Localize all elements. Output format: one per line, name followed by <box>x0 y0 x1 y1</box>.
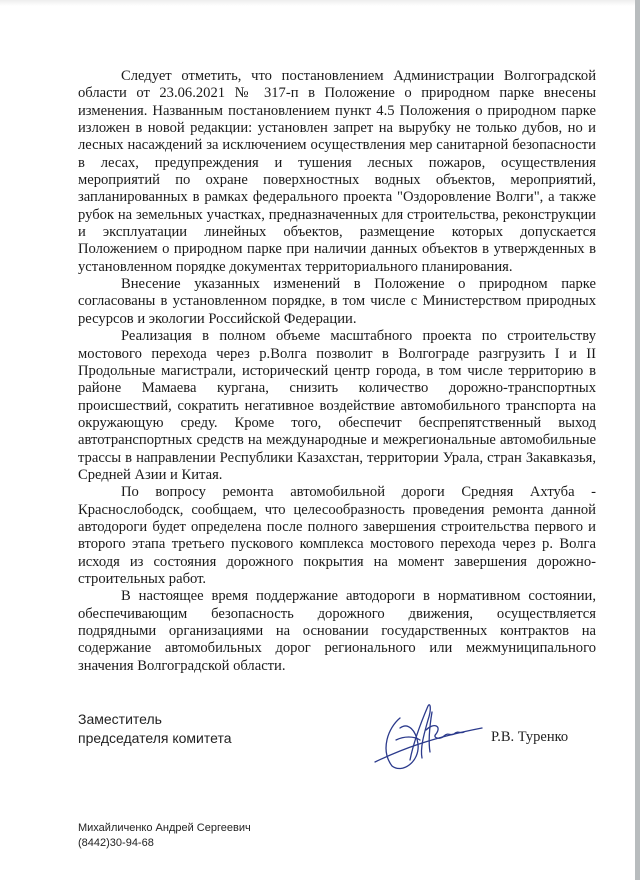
paragraph-bridge-project: Реализация в полном объеме масштабного п… <box>78 328 596 484</box>
scan-top-shade <box>0 0 635 6</box>
paragraph-road-maintenance: В настоящее время поддержание автодороги… <box>78 588 596 675</box>
paragraph-road-repair: По вопросу ремонта автомобильной дороги … <box>78 484 596 588</box>
letter-body: Следует отметить, что постановлением Адм… <box>78 68 596 675</box>
signer-position: Заместитель председателя комитета <box>78 710 232 748</box>
position-line-1: Заместитель <box>78 710 232 729</box>
handwritten-signature-icon <box>370 700 490 775</box>
scan-right-edge <box>635 0 640 880</box>
contact-info: Михайличенко Андрей Сергеевич (8442)30-9… <box>78 821 251 851</box>
signer-name: Р.В. Туренко <box>491 729 568 746</box>
position-line-2: председателя комитета <box>78 729 232 748</box>
paragraph-approval: Внесение указанных изменений в Положение… <box>78 276 596 328</box>
contact-name: Михайличенко Андрей Сергеевич <box>78 821 251 836</box>
contact-phone: (8442)30-94-68 <box>78 836 251 851</box>
paragraph-park-regulation: Следует отметить, что постановлением Адм… <box>78 68 596 276</box>
